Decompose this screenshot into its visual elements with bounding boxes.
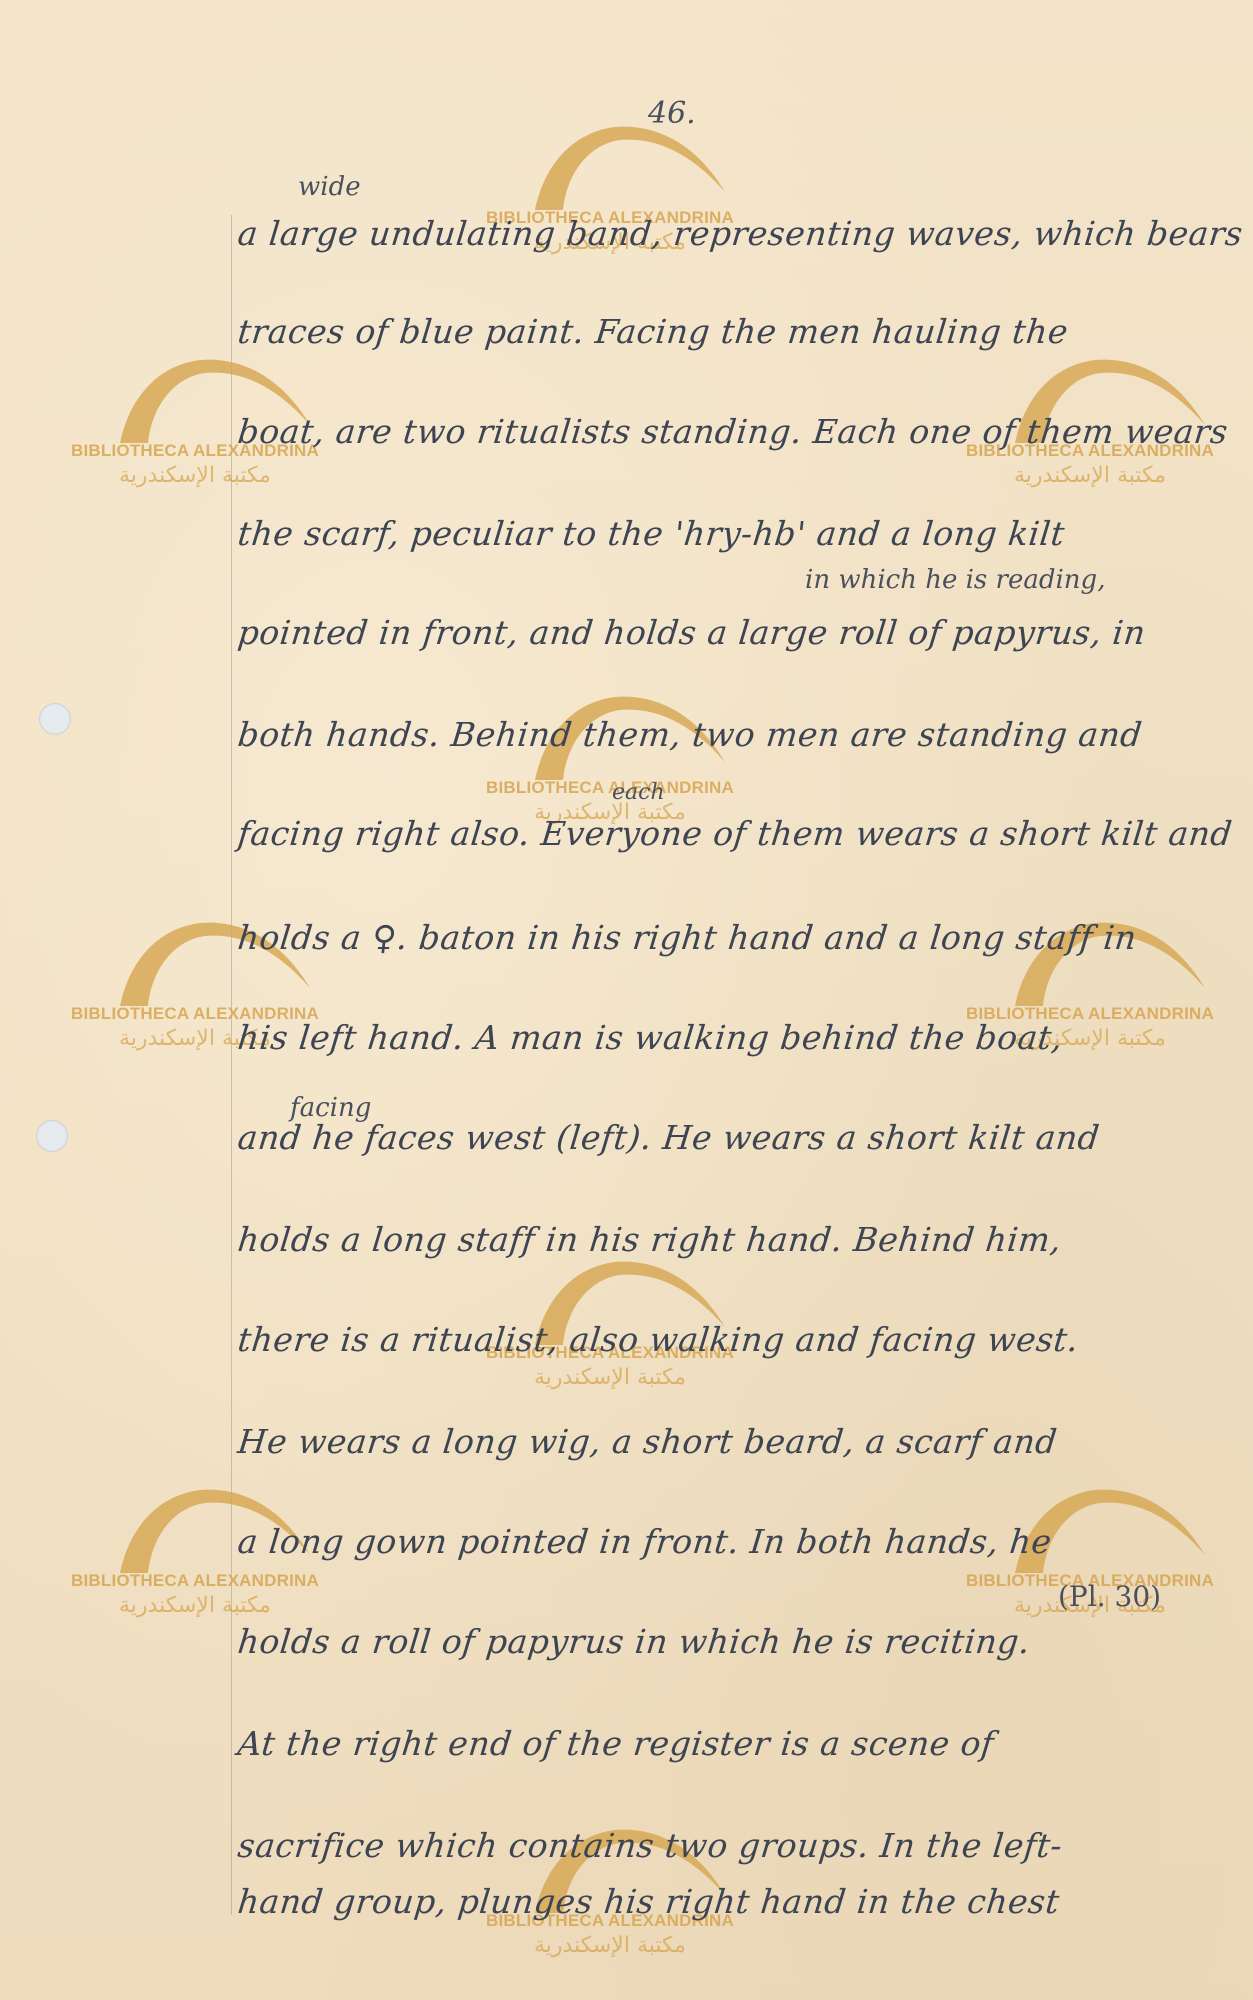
punch-hole-top (39, 703, 71, 735)
punch-hole-bottom (36, 1120, 68, 1152)
text-line: his left hand. A man is walking behind t… (236, 1018, 1065, 1057)
insertion-each: each (612, 780, 665, 805)
margin-note-plate: (Pl. 30) (1058, 1580, 1161, 1613)
text-line: both hands. Behind them, two men are sta… (236, 715, 1144, 754)
text-line: pointed in front, and holds a large roll… (236, 613, 1148, 652)
manuscript-page (0, 0, 1253, 2000)
text-line: the scarf, peculiar to the 'hry-hb' and … (236, 514, 1067, 553)
text-line: boat, are two ritualists standing. Each … (236, 412, 1230, 451)
text-line: At the right end of the register is a sc… (236, 1724, 996, 1763)
text-line: holds a roll of papyrus in which he is r… (236, 1622, 1032, 1661)
insertion-reading: in which he is reading, (805, 565, 1105, 595)
text-line: sacrifice which contains two groups. In … (236, 1826, 1064, 1865)
text-line: holds a ♀. baton in his right hand and a… (236, 918, 1139, 957)
text-line: and he faces west (left). He wears a sho… (236, 1118, 1102, 1157)
page-number: 46. (648, 96, 696, 131)
text-line: He wears a long wig, a short beard, a sc… (236, 1422, 1059, 1461)
text-line: traces of blue paint. Facing the men hau… (236, 312, 1070, 351)
text-line: a large undulating band, representing wa… (236, 214, 1245, 253)
insertion-wide: wide (298, 172, 361, 202)
text-line: hand group, plunges his right hand in th… (236, 1882, 1062, 1921)
text-line: there is a ritualist, also walking and f… (236, 1320, 1081, 1359)
margin-rule (231, 215, 232, 1915)
text-line: a long gown pointed in front. In both ha… (236, 1522, 1054, 1561)
text-line: facing right also. Everyone of them wear… (236, 814, 1234, 853)
text-line: holds a long staff in his right hand. Be… (236, 1220, 1063, 1259)
